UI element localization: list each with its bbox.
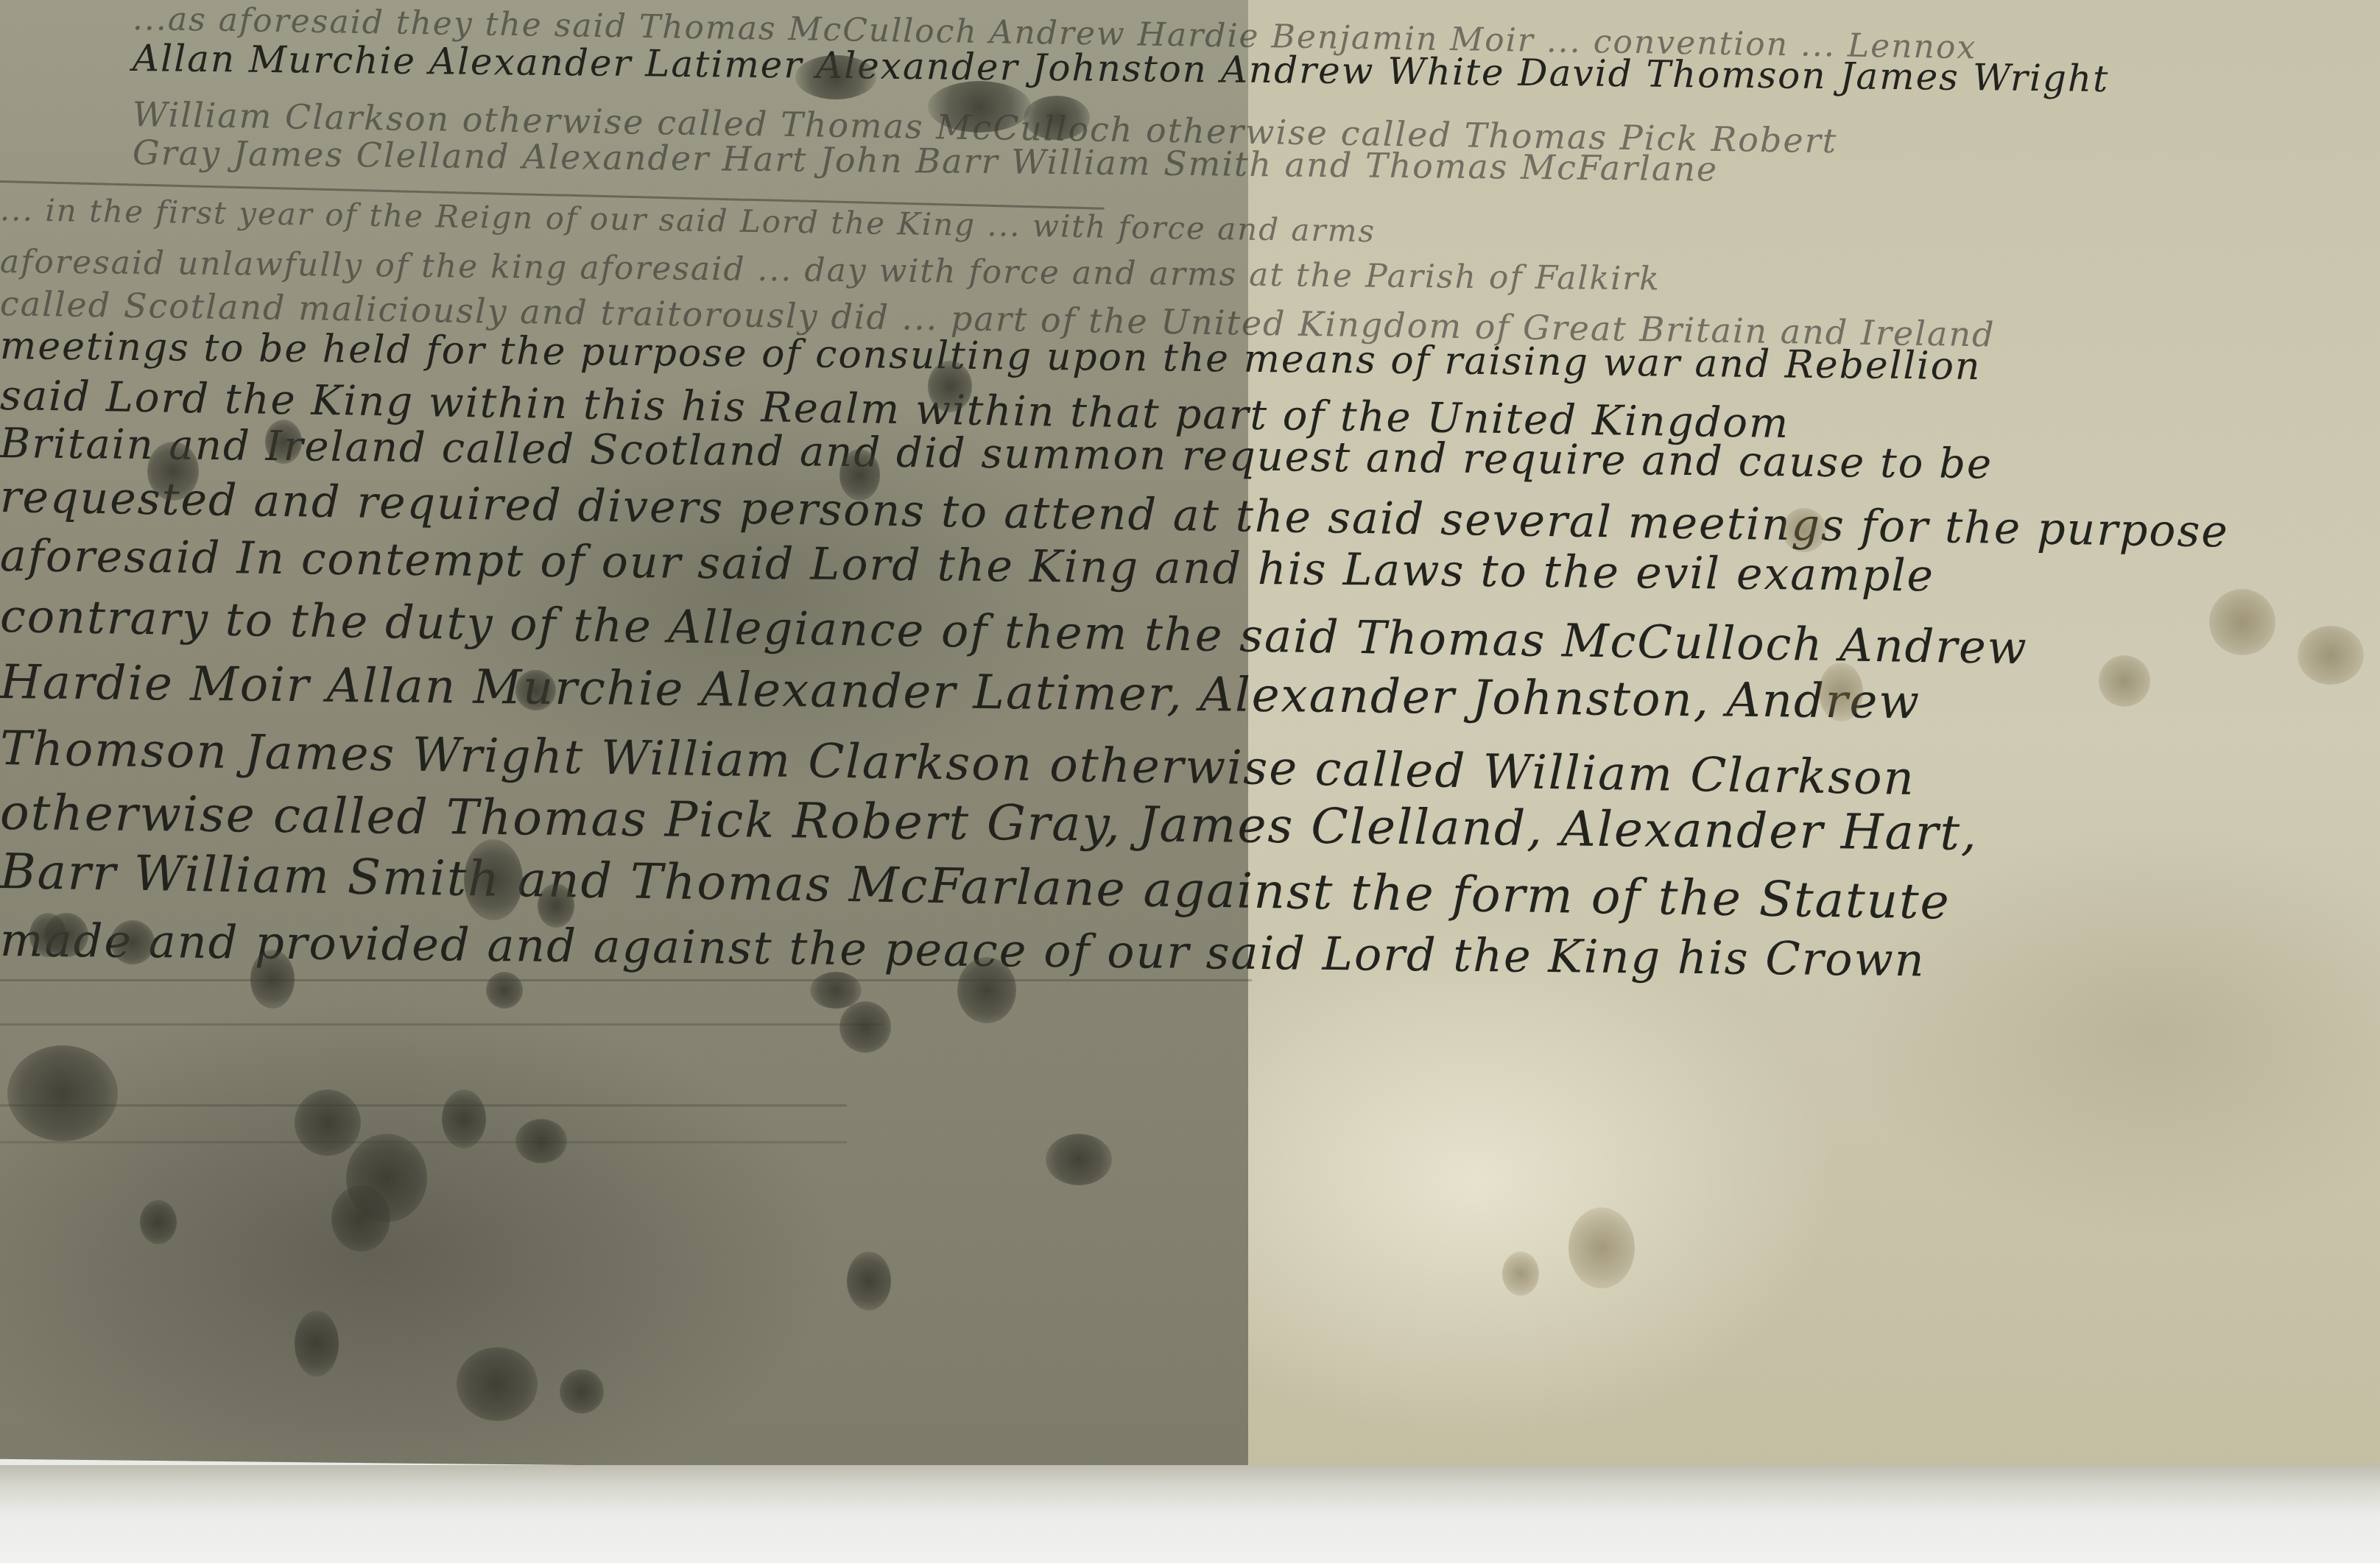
parchment-document: ...as aforesaid they the said Thomas McC…	[0, 0, 2380, 1480]
table-surface	[0, 1465, 2380, 1563]
handwritten-text: ...as aforesaid they the said Thomas McC…	[0, 0, 2380, 1031]
text-line: ... in the first year of the Reign of ou…	[0, 191, 1376, 249]
fold-crease	[0, 1104, 847, 1107]
fold-crease	[0, 1141, 847, 1143]
